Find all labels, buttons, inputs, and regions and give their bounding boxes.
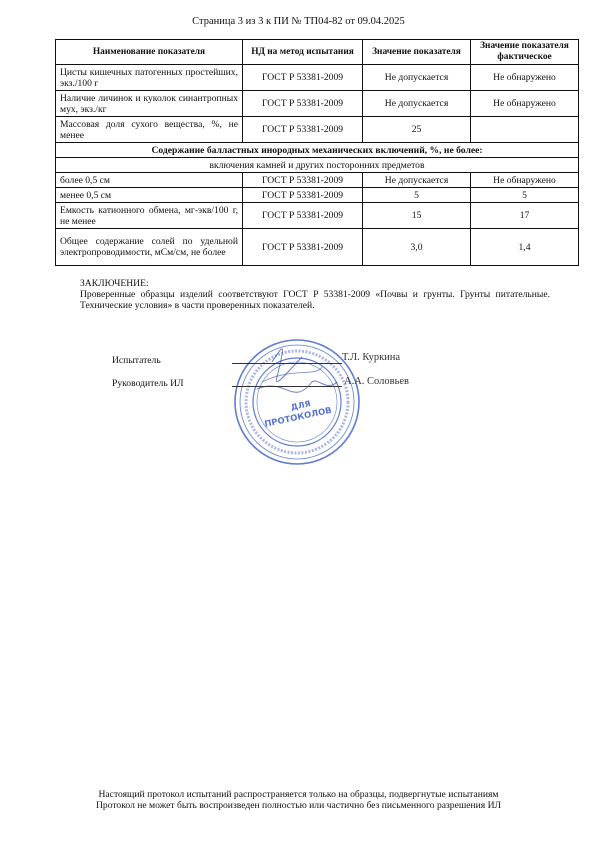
indicator-name: менее 0,5 см xyxy=(56,188,243,203)
indicator-name: Цисты кишечных патогенных простейших, эк… xyxy=(56,65,243,91)
conclusion-text: Проверенные образцы изделий соответствую… xyxy=(80,289,550,311)
test-method: ГОСТ Р 53381-2009 xyxy=(243,117,363,143)
signature-name-tester: Т.Л. Куркина xyxy=(342,352,400,363)
column-header-method: НД на метод испытания xyxy=(243,40,363,65)
indicator-name: Массовая доля сухого вещества, %, не мен… xyxy=(56,117,243,143)
norm-value: 25 xyxy=(363,117,471,143)
conclusion-title: ЗАКЛЮЧЕНИЕ: xyxy=(80,278,550,289)
page-footer: Настоящий протокол испытаний распростран… xyxy=(0,789,597,811)
actual-value: 1,4 xyxy=(471,229,579,266)
table-row: менее 0,5 см ГОСТ Р 53381-2009 5 5 xyxy=(56,188,579,203)
page-header: Страница 3 из 3 к ПИ № ТП04-82 от 09.04.… xyxy=(0,16,597,27)
actual-value: 17 xyxy=(471,203,579,229)
table-row: более 0,5 см ГОСТ Р 53381-2009 Не допуск… xyxy=(56,173,579,188)
test-method: ГОСТ Р 53381-2009 xyxy=(243,203,363,229)
signature-role-tester: Испытатель xyxy=(112,355,161,366)
actual-value: 5 xyxy=(471,188,579,203)
column-header-norm: Значение показателя xyxy=(363,40,471,65)
actual-value: Не обнаружено xyxy=(471,65,579,91)
column-header-actual: Значение показателя фактическое xyxy=(471,40,579,65)
results-table: Наименование показателя НД на метод испы… xyxy=(55,39,579,266)
norm-value: Не допускается xyxy=(363,91,471,117)
indicator-name: Емкость катионного обмена, мг-экв/100 г,… xyxy=(56,203,243,229)
actual-value: Не обнаружено xyxy=(471,91,579,117)
signature-role-head: Руководитель ИЛ xyxy=(112,378,184,389)
test-method: ГОСТ Р 53381-2009 xyxy=(243,229,363,266)
footer-line-1: Настоящий протокол испытаний распростран… xyxy=(0,789,597,800)
norm-value: 3,0 xyxy=(363,229,471,266)
conclusion-block: ЗАКЛЮЧЕНИЕ: Проверенные образцы изделий … xyxy=(80,278,550,311)
norm-value: Не допускается xyxy=(363,65,471,91)
table-row: Емкость катионного обмена, мг-экв/100 г,… xyxy=(56,203,579,229)
table-row: Массовая доля сухого вещества, %, не мен… xyxy=(56,117,579,143)
section-row: Содержание балластных инородных механиче… xyxy=(56,143,579,158)
norm-value: 5 xyxy=(363,188,471,203)
test-method: ГОСТ Р 53381-2009 xyxy=(243,173,363,188)
test-method: ГОСТ Р 53381-2009 xyxy=(243,91,363,117)
signature-name-head: А.А. Соловьев xyxy=(344,376,409,387)
norm-value: 15 xyxy=(363,203,471,229)
table-row: Цисты кишечных патогенных простейших, эк… xyxy=(56,65,579,91)
actual-value xyxy=(471,117,579,143)
indicator-name: Наличие личинок и куколок синантропных м… xyxy=(56,91,243,117)
subsection-title: включения камней и других посторонних пр… xyxy=(56,158,579,173)
actual-value: Не обнаружено xyxy=(471,173,579,188)
footer-line-2: Протокол не может быть воспроизведен пол… xyxy=(0,800,597,811)
test-method: ГОСТ Р 53381-2009 xyxy=(243,65,363,91)
table-row: Общее содержание солей по удельной элект… xyxy=(56,229,579,266)
signature-line-head xyxy=(232,386,342,387)
indicator-name: более 0,5 см xyxy=(56,173,243,188)
norm-value: Не допускается xyxy=(363,173,471,188)
signature-line-tester xyxy=(232,363,342,364)
test-method: ГОСТ Р 53381-2009 xyxy=(243,188,363,203)
column-header-name: Наименование показателя xyxy=(56,40,243,65)
section-title: Содержание балластных инородных механиче… xyxy=(56,143,579,158)
table-row: Наличие личинок и куколок синантропных м… xyxy=(56,91,579,117)
indicator-name: Общее содержание солей по удельной элект… xyxy=(56,229,243,266)
table-header-row: Наименование показателя НД на метод испы… xyxy=(56,40,579,65)
subsection-row: включения камней и других посторонних пр… xyxy=(56,158,579,173)
